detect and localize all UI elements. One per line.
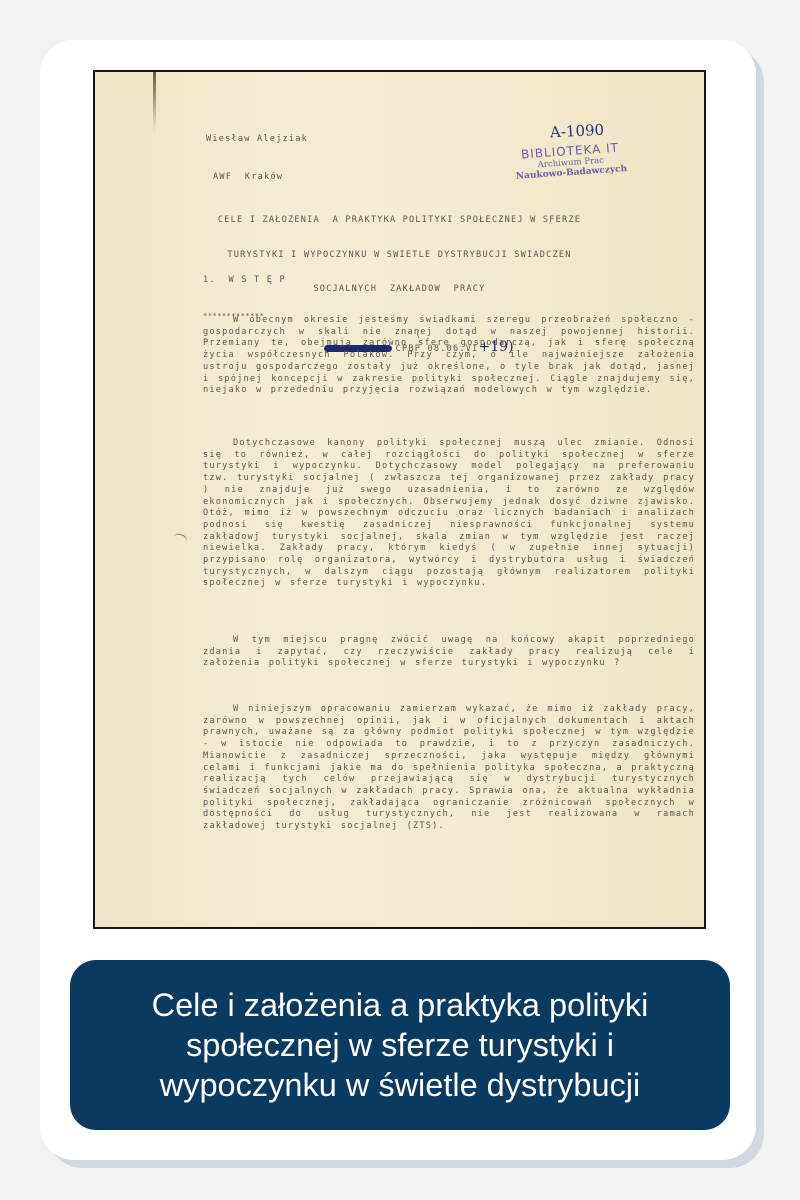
title-line: TURYSTYKI I WYPOCZYNKU W SWIETLE DYSTRYB… [95,250,704,262]
archive-number: A-1090 [550,121,605,142]
document-scan: Wiesław Alejziak AWF Kraków A-1090 BIBLI… [93,70,706,929]
author-affiliation: AWF Kraków [206,170,308,184]
paragraph: W obecnym okresie jesteśmy świadkami sze… [203,315,695,397]
library-stamp: BIBLIOTEKA IT Archiwum Prac Naukowo-Bada… [514,140,628,183]
paragraph: W tym miejscu pragnę zwócić uwagę na koń… [203,635,695,670]
paragraph: Dotychczasowe kanony polityki społecznej… [203,438,695,590]
caption-banner: Cele i założenia a praktyka polityki spo… [70,960,730,1130]
section-title: 1. W S T Ę P [203,275,286,287]
title-line: SOCJALNYCH ZAKŁADOW PRACY [95,284,704,296]
title-line: CELE I ZAŁOZENIA A PRAKTYKA POLITYKI SPO… [95,215,704,227]
caption-text: Cele i założenia a praktyka polityki spo… [100,985,700,1105]
paragraph: W niniejszym opracowaniu zamierzam wykaz… [203,704,695,833]
pen-mark [172,532,189,547]
author-name: Wiesław Alejziak [206,132,308,146]
